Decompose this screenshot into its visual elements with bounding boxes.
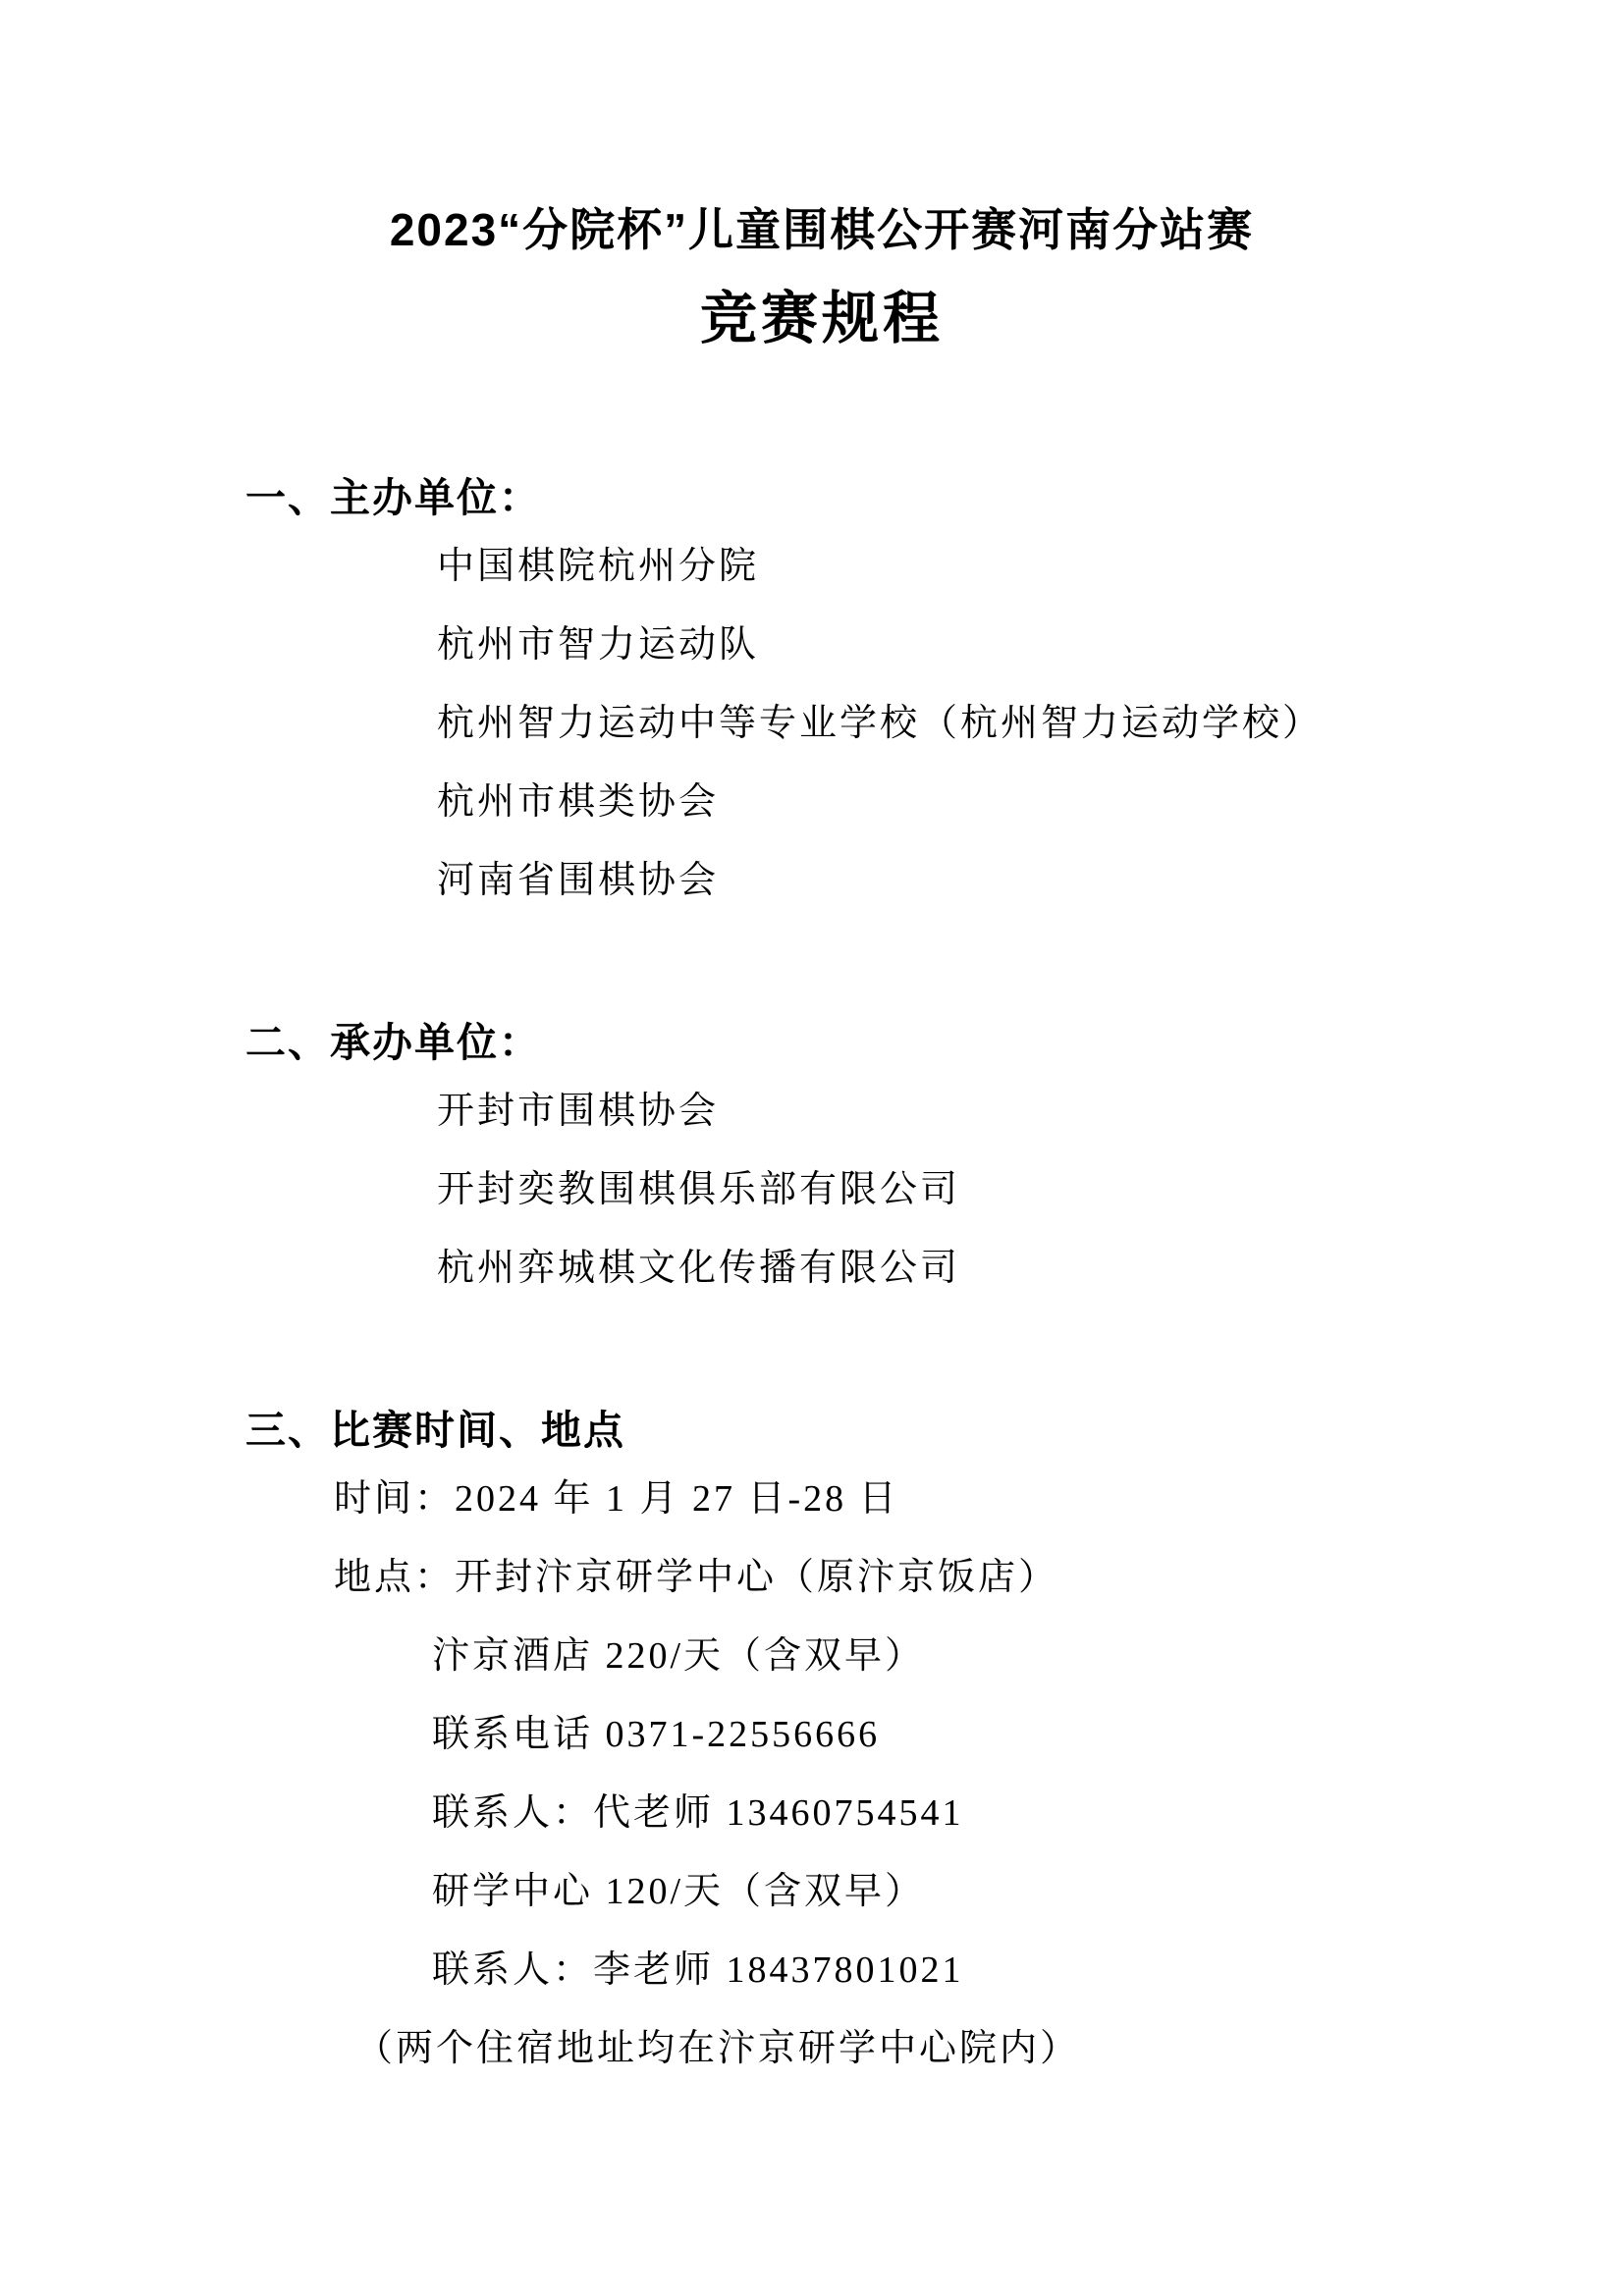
section-heading-undertakers: 二、承办单位： [245,1013,1398,1072]
section-heading-time-place: 三、比赛时间、地点 [245,1401,1398,1460]
center-price-line: 研学中心 120/天（含双早） [245,1852,1398,1931]
place-line: 地点：开封汴京研学中心（原汴京饭店） [245,1538,1398,1617]
section-heading-organizers: 一、主办单位： [245,468,1398,527]
section-organizers: 一、主办单位： 中国棋院杭州分院 杭州市智力运动队 杭州智力运动中等专业学校（杭… [245,468,1398,920]
organizer-item: 杭州市棋类协会 [245,763,1398,841]
doc-title-line2: 竞赛规程 [245,288,1398,350]
organizer-item: 杭州智力运动中等专业学校（杭州智力运动学校） [245,684,1398,763]
contact-line-li: 联系人：李老师 18437801021 [245,1931,1398,2009]
organizer-item: 中国棋院杭州分院 [245,527,1398,606]
contact-line-dai: 联系人：代老师 13460754541 [245,1774,1398,1852]
lodging-note-line: （两个住宿地址均在汴京研学中心院内） [245,2009,1398,2088]
hotel-price-line: 汴京酒店 220/天（含双早） [245,1617,1398,1695]
organizer-item: 杭州市智力运动队 [245,606,1398,684]
undertaker-item: 开封市围棋协会 [245,1072,1398,1150]
undertaker-item: 杭州弈城棋文化传播有限公司 [245,1229,1398,1308]
doc-title-line1: 2023“分院杯”儿童围棋公开赛河南分站赛 [245,201,1398,258]
section-time-place: 三、比赛时间、地点 时间：2024 年 1 月 27 日-28 日 地点：开封汴… [245,1401,1398,2088]
document-page: 2023“分院杯”儿童围棋公开赛河南分站赛 竞赛规程 一、主办单位： 中国棋院杭… [0,0,1624,2296]
organizer-item: 河南省围棋协会 [245,841,1398,920]
section-undertakers: 二、承办单位： 开封市围棋协会 开封奕教围棋俱乐部有限公司 杭州弈城棋文化传播有… [245,1013,1398,1308]
phone-line: 联系电话 0371-22556666 [245,1695,1398,1774]
time-line: 时间：2024 年 1 月 27 日-28 日 [245,1460,1398,1538]
undertaker-item: 开封奕教围棋俱乐部有限公司 [245,1150,1398,1229]
